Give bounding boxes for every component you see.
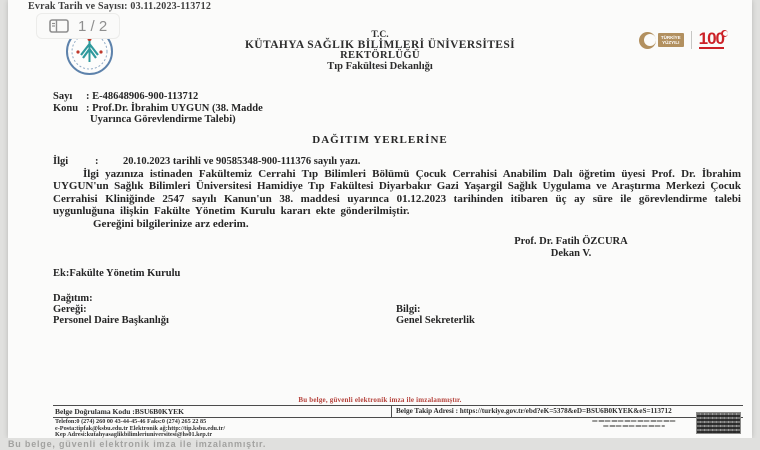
document-meta: Sayı : E-48648906-900-113712 Konu : Prof…: [53, 91, 263, 126]
centenary-100-logo: 100: [699, 31, 724, 49]
esign-notice: Bu belge, güvenli elektronik imza ile im…: [8, 396, 752, 404]
yuzyili-label: YÜZYILI: [662, 40, 679, 45]
fineprint-line: [592, 420, 676, 422]
verification-code: Belge Doğrulama Kodu :BSU6B0KYEK: [55, 407, 184, 416]
letterhead-rectorate: REKTÖRLÜĞÜ: [8, 51, 752, 61]
ilgi-separator: :: [95, 156, 123, 167]
distribution-block: Dağıtım: Gereği: Personel Daire Başkanlı…: [53, 293, 169, 326]
contact-person-fineprint: [592, 420, 676, 430]
tracking-address: Belge Takip Adresi : https://turkiye.gov…: [396, 407, 672, 415]
signer-name: Prof. Dr. Fatih ÖZCURA: [471, 236, 671, 248]
sayi-value: : E-48648906-900-113712: [86, 91, 198, 103]
geregi-value: Personel Daire Başkanlığı: [53, 315, 169, 326]
konu-value-line1: : Prof.Dr. İbrahim UYGUN (38. Madde: [86, 103, 263, 115]
letterhead-right-logos: TÜRKİYE YÜZYILI 100: [639, 31, 724, 49]
ilgi-label: İlgi: [53, 156, 95, 167]
page-indicator[interactable]: 1 / 2: [36, 13, 120, 39]
signer-title: Dekan V.: [471, 248, 671, 260]
turkiye-yuzyili-logo: TÜRKİYE YÜZYILI: [639, 32, 684, 49]
letter-body: İlgi yazınıza istinaden Fakültemiz Cerra…: [53, 168, 741, 230]
document-viewer: Evrak Tarih ve Sayısı: 03.11.2023-113712…: [0, 0, 760, 450]
attachment-line: Ek:Fakülte Yönetim Kurulu: [53, 268, 180, 279]
body-paragraph: İlgi yazınıza istinaden Fakültemiz Cerra…: [53, 168, 741, 218]
bilgi-label: Bilgi:: [396, 304, 475, 315]
logo-divider: [691, 31, 692, 49]
document-date-number-stamp: Evrak Tarih ve Sayısı: 03.11.2023-113712: [28, 1, 211, 12]
gold-crescent-icon: [639, 32, 656, 49]
letterhead-department: Tıp Fakültesi Dekanlığı: [8, 61, 752, 73]
turkiye-yuzyili-label: TÜRKİYE YÜZYILI: [658, 33, 684, 47]
geregi-label: Gereği:: [53, 304, 169, 315]
footer-rule-top: [53, 405, 743, 406]
konu-label: Konu: [53, 103, 86, 115]
footer-cell-divider: [391, 405, 392, 417]
konu-value-line2: Uyarınca Görevlendirme Talebi): [90, 114, 263, 126]
reference-line: İlgi : 20.10.2023 tarihli ve 90585348-90…: [53, 156, 360, 167]
bilgi-block: Bilgi: Genel Sekreterlik: [396, 304, 475, 326]
fineprint-line: [603, 425, 665, 427]
document-page: Evrak Tarih ve Sayısı: 03.11.2023-113712…: [8, 0, 752, 438]
sayi-label: Sayı: [53, 91, 86, 103]
page-indicator-label: 1 / 2: [78, 18, 107, 35]
qr-code: [696, 412, 741, 434]
distribution-title: Dağıtım:: [53, 293, 169, 304]
recipient-line: DAĞITIM YERLERİNE: [8, 134, 752, 146]
contact-block: Telefon:0 (274) 260 00 43-44-45-46 Faks:…: [55, 419, 225, 439]
bilgi-value: Genel Sekreterlik: [396, 315, 475, 326]
ilgi-value: 20.10.2023 tarihli ve 90585348-900-11137…: [123, 156, 360, 167]
signature-block: Prof. Dr. Fatih ÖZCURA Dekan V.: [471, 236, 671, 260]
bottom-bar-text: Bu belge, güvenli elektronik imza ile im…: [8, 439, 266, 449]
page-thumbnail-icon: [49, 19, 69, 33]
bottom-status-bar: Bu belge, güvenli elektronik imza ile im…: [0, 438, 760, 450]
body-closing: Gereğini bilgilerinize arz ederim.: [53, 218, 741, 230]
